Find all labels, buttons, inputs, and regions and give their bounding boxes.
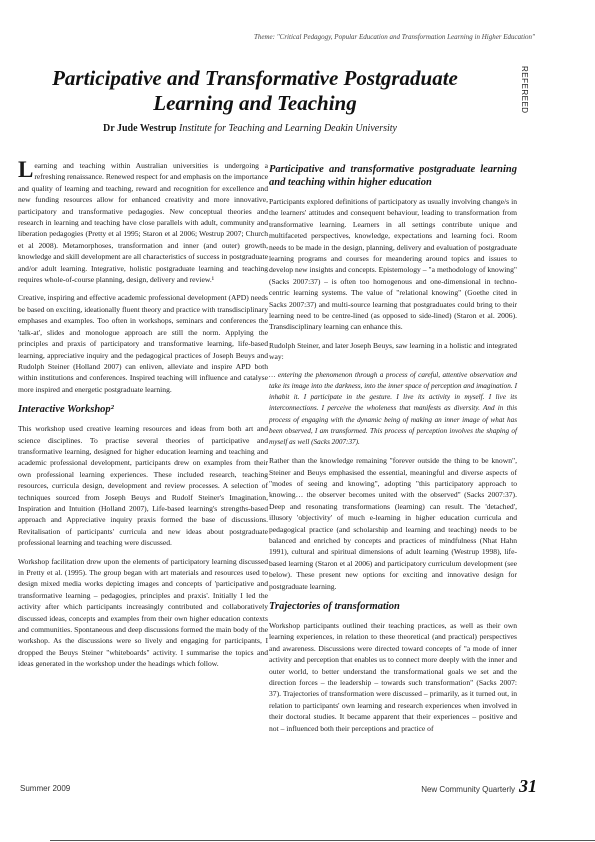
footer-journal: New Community Quarterly31 <box>421 776 537 797</box>
intro-paragraph: Learning and teaching within Australian … <box>18 160 268 285</box>
footer-season: Summer 2009 <box>20 784 70 793</box>
workshop-paragraph: This workshop used creative learning res… <box>18 423 268 548</box>
theme-header: Theme: "Critical Pedagogy, Popular Educa… <box>185 33 535 41</box>
author-name: Dr Jude Westrup <box>103 123 177 134</box>
byline: Dr Jude Westrup Institute for Teaching a… <box>40 123 460 134</box>
article-title: Participative and Transformative Postgra… <box>20 66 490 116</box>
bottom-rule <box>50 840 595 841</box>
facilitation-paragraph: Workshop facilitation drew upon the elem… <box>18 556 268 670</box>
left-column: Learning and teaching within Australian … <box>18 160 268 677</box>
journal-name: New Community Quarterly <box>421 785 515 794</box>
refereed-label: REFEREED <box>520 66 529 114</box>
definitions-paragraph: Participants explored definitions of par… <box>269 196 517 333</box>
apd-paragraph: Creative, inspiring and effective academ… <box>18 292 268 395</box>
drop-cap: L <box>18 160 33 180</box>
right-column: Participative and transformative postgra… <box>269 163 517 741</box>
author-affiliation: Institute for Teaching and Learning Deak… <box>179 123 397 134</box>
section-heading-workshop: Interactive Workshop² <box>18 403 268 416</box>
section-heading-trajectories: Trajectories of transformation <box>269 600 517 613</box>
knowledge-paragraph: Rather than the knowledge remaining "for… <box>269 455 517 592</box>
page-number: 31 <box>519 776 537 796</box>
steiner-paragraph: Rudolph Steiner, and later Joseph Beuys,… <box>269 340 517 363</box>
trajectories-paragraph: Workshop participants outlined their tea… <box>269 620 517 734</box>
block-quote: … entering the phenomenon through a proc… <box>269 370 517 448</box>
section-heading-participative: Participative and transformative postgra… <box>269 163 517 189</box>
